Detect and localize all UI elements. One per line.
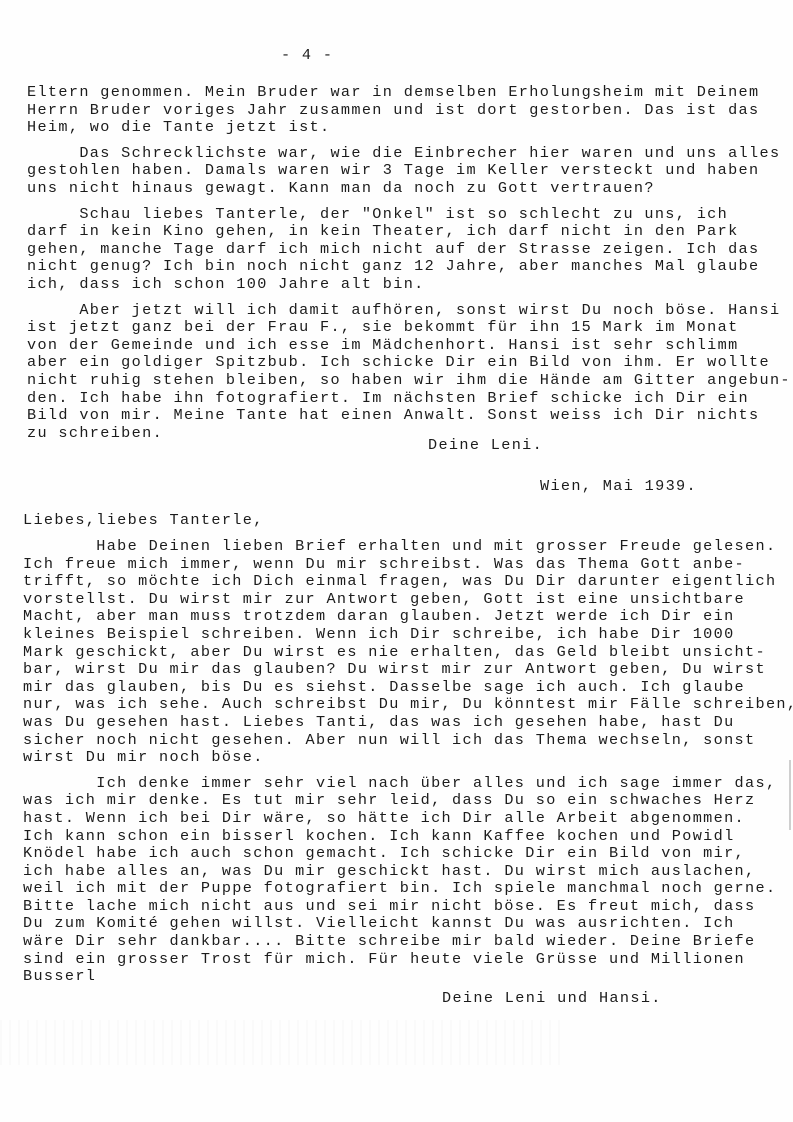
letter-1-signature: Deine Leni.	[428, 437, 543, 455]
document-page: - 4 - Eltern genommen. Mein Bruder war i…	[0, 0, 793, 1122]
letter1-line: ist jetzt ganz bei der Frau F., sie beko…	[27, 319, 791, 337]
letter2-line: Du zum Komité gehen willst. Vielleicht k…	[23, 915, 793, 933]
letter2-line: Ich kann schon ein bisserl kochen. Ich k…	[23, 828, 793, 846]
letter1-line: Herrn Bruder voriges Jahr zusammen und i…	[27, 102, 791, 120]
letter-2-date: Wien, Mai 1939.	[540, 478, 697, 496]
letter2-line: trifft, so möchte ich Dich einmal fragen…	[23, 573, 793, 591]
letter2-line: was Du gesehen hast. Liebes Tanti, das w…	[23, 714, 793, 732]
letter1-line: Eltern genommen. Mein Bruder war in dems…	[27, 84, 791, 102]
letter1-line: nicht ruhig stehen bleiben, so haben wir…	[27, 372, 791, 390]
letter1-line: ich, dass ich schon 100 Jahre alt bin.	[27, 276, 791, 294]
letter-2-body: Habe Deinen lieben Brief erhalten und mi…	[23, 538, 793, 986]
letter2-line: Habe Deinen lieben Brief erhalten und mi…	[23, 538, 793, 556]
letter2-line: Ich denke immer sehr viel nach über alle…	[23, 775, 793, 793]
letter2-line: sicher noch nicht gesehen. Aber nun will…	[23, 732, 793, 750]
letter-2-signature: Deine Leni und Hansi.	[442, 990, 662, 1008]
letter1-line: darf in kein Kino gehen, in kein Theater…	[27, 223, 791, 241]
letter2-line: was ich mir denke. Es tut mir sehr leid,…	[23, 792, 793, 810]
letter2-line: weil ich mit der Puppe fotografiert bin.…	[23, 880, 793, 898]
page-number: - 4 -	[281, 47, 333, 65]
letter1-line: zu schreiben.	[27, 425, 791, 443]
letter2-line: ich habe alles an, was Du mir geschickt …	[23, 863, 793, 881]
letter1-line: Das Schrecklichste war, wie die Einbrech…	[27, 145, 791, 163]
letter2-line: vorstellst. Du wirst mir zur Antwort geb…	[23, 591, 793, 609]
letter2-line: nur, was ich sehe. Auch schreibst Du mir…	[23, 696, 793, 714]
letter1-line: gestohlen haben. Damals waren wir 3 Tage…	[27, 162, 791, 180]
letter1-line: Schau liebes Tanterle, der "Onkel" ist s…	[27, 206, 791, 224]
letter2-line: wirst Du mir noch böse.	[23, 749, 793, 767]
letter1-line: Aber jetzt will ich damit aufhören, sons…	[27, 302, 791, 320]
letter-1-body: Eltern genommen. Mein Bruder war in dems…	[27, 84, 791, 442]
letter1-line: aber ein goldiger Spitzbub. Ich schicke …	[27, 354, 791, 372]
letter1-line: gehen, manche Tage darf ich mich nicht a…	[27, 241, 791, 259]
letter1-line: den. Ich habe ihn fotografiert. Im nächs…	[27, 390, 791, 408]
scan-edge-mark	[789, 760, 791, 830]
letter2-line: bar, wirst Du mir das glauben? Du wirst …	[23, 661, 793, 679]
letter1-line: von der Gemeinde und ich esse im Mädchen…	[27, 337, 791, 355]
letter2-line: wäre Dir sehr dankbar.... Bitte schreibe…	[23, 933, 793, 951]
letter1-line: Bild von mir. Meine Tante hat einen Anwa…	[27, 407, 791, 425]
letter2-line: mir das glauben, bis Du es siehst. Dasse…	[23, 679, 793, 697]
letter1-line: uns nicht hinaus gewagt. Kann man da noc…	[27, 180, 791, 198]
letter2-line: Bitte lache mich nicht aus und sei mir n…	[23, 898, 793, 916]
letter2-line: Mark geschickt, aber Du wirst es nie erh…	[23, 644, 793, 662]
letter-2-salutation: Liebes,liebes Tanterle,	[23, 512, 264, 530]
letter2-line: sind ein grosser Trost für mich. Für heu…	[23, 951, 793, 969]
letter2-line: kleines Beispiel schreiben. Wenn ich Dir…	[23, 626, 793, 644]
letter2-line: Knödel habe ich auch schon gemacht. Ich …	[23, 845, 793, 863]
letter2-line: hast. Wenn ich bei Dir wäre, so hätte ic…	[23, 810, 793, 828]
letter1-line: nicht genug? Ich bin noch nicht ganz 12 …	[27, 258, 791, 276]
letter2-line: Busserl	[23, 968, 793, 986]
letter1-line: Heim, wo die Tante jetzt ist.	[27, 119, 791, 137]
scan-artifact	[0, 1020, 560, 1065]
letter2-line: Macht, aber man muss trotzdem daran glau…	[23, 608, 793, 626]
letter2-line: Ich freue mich immer, wenn Du mir schrei…	[23, 556, 793, 574]
